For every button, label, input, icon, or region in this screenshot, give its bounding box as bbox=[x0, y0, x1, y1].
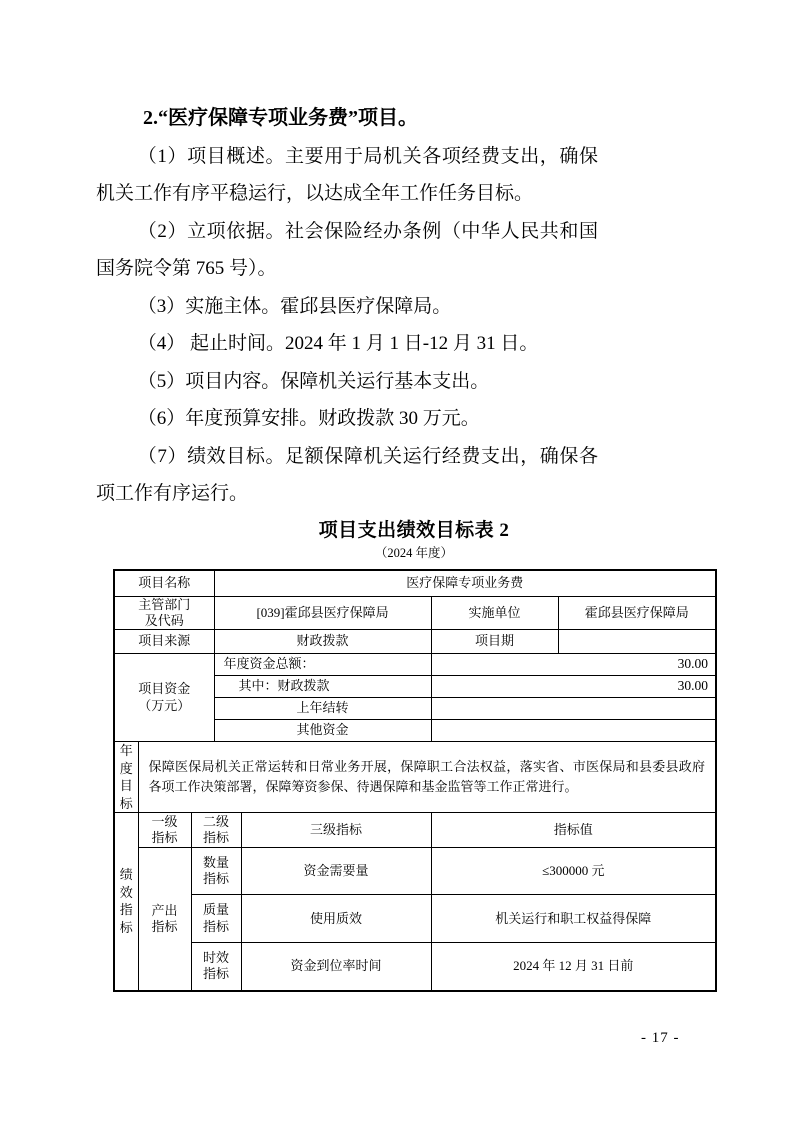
indicator-level2: 时效指标 bbox=[191, 943, 241, 991]
impl-unit-label: 实施单位 bbox=[431, 596, 558, 630]
header-value: 指标值 bbox=[431, 813, 716, 848]
table-row: 时效指标 资金到位率时间 2024 年 12 月 31 日前 bbox=[114, 943, 716, 991]
funds-row-value bbox=[431, 720, 716, 742]
funds-row-label: 其中：财政拨款 bbox=[214, 676, 431, 698]
table-subtitle: （2024 年度） bbox=[113, 545, 715, 562]
indicator-level3: 使用质效 bbox=[241, 895, 431, 943]
body-text-block: 2.“医疗保障专项业务费”项目。 （1）项目概述。主要用于局机关各项经费支出，确… bbox=[96, 100, 598, 513]
body-paragraph: （6）年度预算安排。财政拨款 30 万元。 bbox=[96, 400, 598, 438]
header-level2: 二级指标 bbox=[191, 813, 241, 848]
period-label: 项目期 bbox=[431, 630, 558, 654]
header-level3: 三级指标 bbox=[241, 813, 431, 848]
funds-label: 项目资金（万元） bbox=[114, 654, 214, 742]
department-value: [039]霍邱县医疗保障局 bbox=[214, 596, 431, 630]
table-row: 年度目标 保障医保局机关正常运转和日常业务开展，保障职工合法权益，落实省、市医保… bbox=[114, 742, 716, 813]
section-heading: 2.“医疗保障专项业务费”项目。 bbox=[96, 100, 598, 138]
indicator-level3: 资金需要量 bbox=[241, 848, 431, 895]
source-value: 财政拨款 bbox=[214, 630, 431, 654]
table-row: 主管部门及代码 [039]霍邱县医疗保障局 实施单位 霍邱县医疗保障局 bbox=[114, 596, 716, 630]
body-paragraph: （1）项目概述。主要用于局机关各项经费支出，确保机关工作有序平稳运行，以达成全年… bbox=[96, 138, 598, 213]
document-page: 2.“医疗保障专项业务费”项目。 （1）项目概述。主要用于局机关各项经费支出，确… bbox=[0, 0, 793, 1122]
funds-row-value: 30.00 bbox=[431, 654, 716, 676]
performance-label: 绩效指标 bbox=[114, 813, 138, 991]
indicator-value: 2024 年 12 月 31 日前 bbox=[431, 943, 716, 991]
table-row: 绩效指标 一级指标 二级指标 三级指标 指标值 bbox=[114, 813, 716, 848]
indicator-level2: 质量指标 bbox=[191, 895, 241, 943]
annual-goal-label: 年度目标 bbox=[114, 742, 138, 813]
body-paragraph: （4） 起止时间。2024 年 1 月 1 日-12 月 31 日。 bbox=[96, 325, 598, 363]
indicator-level2: 数量指标 bbox=[191, 848, 241, 895]
page-number: - 17 - bbox=[641, 1029, 680, 1047]
indicator-value: 机关运行和职工权益得保障 bbox=[431, 895, 716, 943]
project-name-label: 项目名称 bbox=[114, 570, 214, 596]
table-row: 项目来源 财政拨款 项目期 bbox=[114, 630, 716, 654]
table-row: 产出指标 数量指标 资金需要量 ≤300000 元 bbox=[114, 848, 716, 895]
table-row: 质量指标 使用质效 机关运行和职工权益得保障 bbox=[114, 895, 716, 943]
table-title: 项目支出绩效目标表 2 bbox=[113, 518, 715, 544]
header-level1: 一级指标 bbox=[138, 813, 191, 848]
funds-row-label: 年度资金总额： bbox=[214, 654, 431, 676]
funds-row-label: 上年结转 bbox=[214, 698, 431, 720]
table-row: 项目名称 医疗保障专项业务费 bbox=[114, 570, 716, 596]
table-row: 项目资金（万元） 年度资金总额： 30.00 bbox=[114, 654, 716, 676]
source-label: 项目来源 bbox=[114, 630, 214, 654]
body-paragraph: （3）实施主体。霍邱县医疗保障局。 bbox=[96, 288, 598, 326]
department-label: 主管部门及代码 bbox=[114, 596, 214, 630]
period-value bbox=[558, 630, 716, 654]
funds-row-label: 其他资金 bbox=[214, 720, 431, 742]
body-paragraph: （5）项目内容。保障机关运行基本支出。 bbox=[96, 363, 598, 401]
level1-value: 产出指标 bbox=[138, 848, 191, 991]
funds-row-value: 30.00 bbox=[431, 676, 716, 698]
project-name-value: 医疗保障专项业务费 bbox=[214, 570, 716, 596]
indicator-value: ≤300000 元 bbox=[431, 848, 716, 895]
funds-row-value bbox=[431, 698, 716, 720]
performance-target-table: 项目名称 医疗保障专项业务费 主管部门及代码 [039]霍邱县医疗保障局 实施单… bbox=[113, 569, 717, 992]
annual-goal-text: 保障医保局机关正常运转和日常业务开展，保障职工合法权益，落实省、市医保局和县委县… bbox=[138, 742, 716, 813]
impl-unit-value: 霍邱县医疗保障局 bbox=[558, 596, 716, 630]
body-paragraph: （2）立项依据。社会保险经办条例（中华人民共和国国务院令第 765 号）。 bbox=[96, 213, 598, 288]
body-paragraph: （7）绩效目标。足额保障机关运行经费支出，确保各项工作有序运行。 bbox=[96, 438, 598, 513]
indicator-level3: 资金到位率时间 bbox=[241, 943, 431, 991]
